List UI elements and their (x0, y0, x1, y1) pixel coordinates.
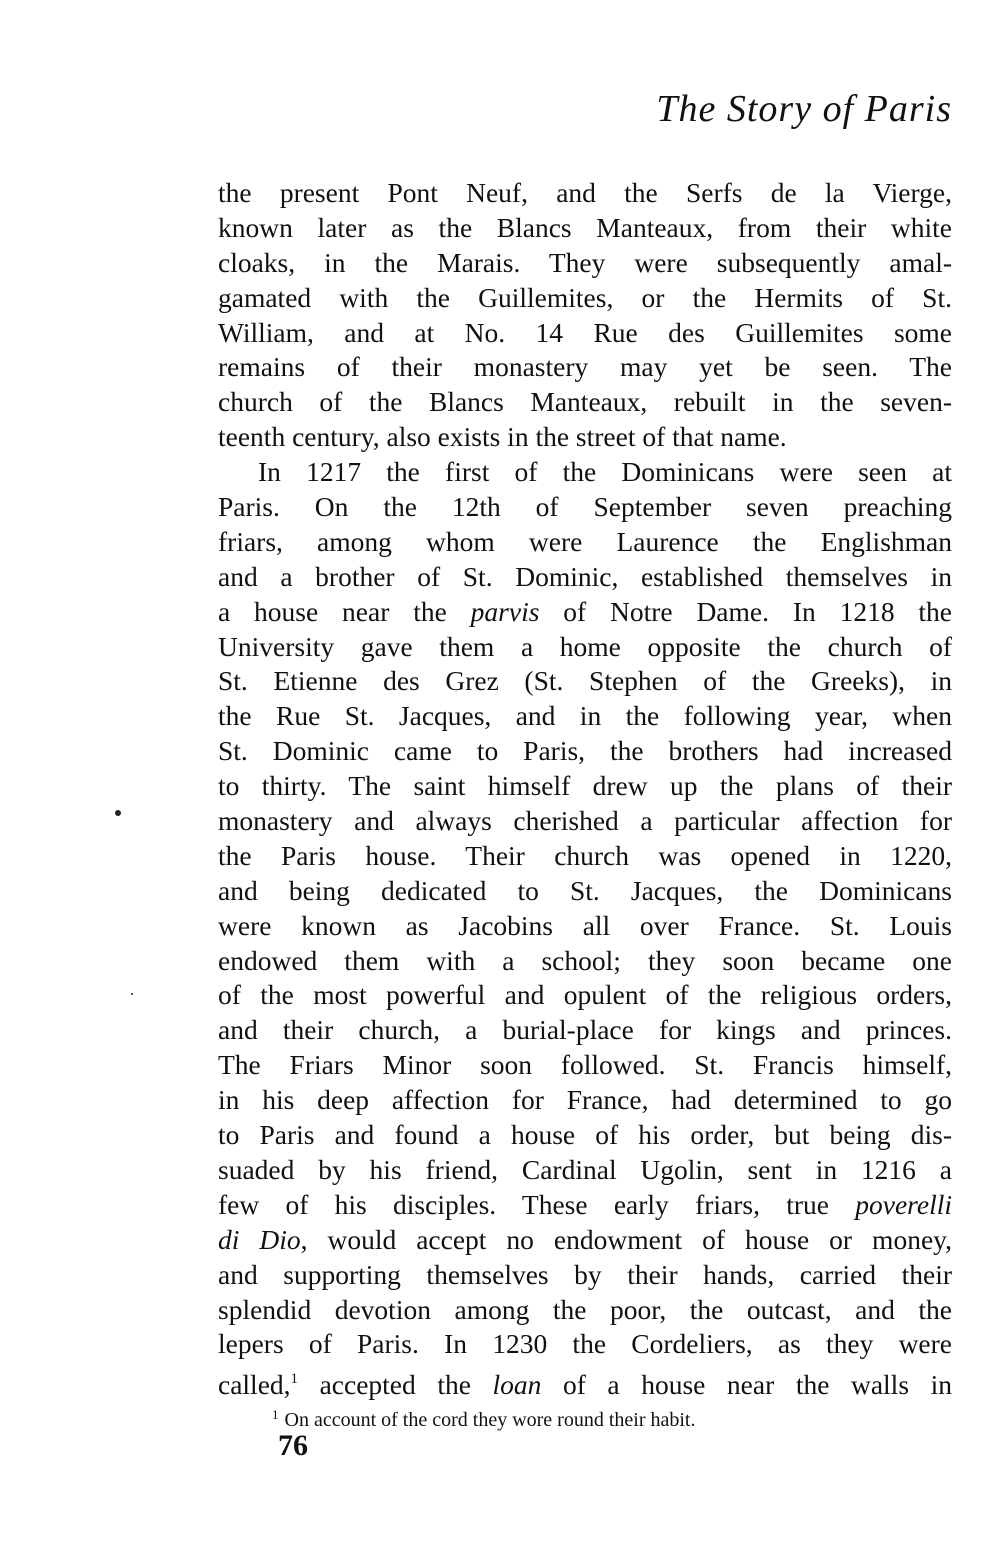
italic-term-loan: loan (493, 1369, 542, 1400)
text-line: of the most powerful and opulent of the … (218, 978, 952, 1013)
text-line: in his deep affection for France, had de… (218, 1083, 952, 1118)
text-line: called,1 accepted the loan of a house ne… (218, 1362, 952, 1397)
text-line: friars, among whom were Laurence the Eng… (218, 525, 952, 560)
text-line: lepers of Paris. In 1230 the Cordeliers,… (218, 1327, 952, 1362)
text-line: endowed them with a school; they soon be… (218, 944, 952, 979)
text-line: The Friars Minor soon followed. St. Fran… (218, 1048, 952, 1083)
text-run: called, (218, 1369, 291, 1400)
italic-term-di-dio: di Dio (218, 1224, 301, 1255)
text-line: and supporting themselves by their hands… (218, 1258, 952, 1293)
text-run: , would accept no endowment of house or … (301, 1224, 952, 1255)
text-run: accepted the (298, 1369, 492, 1400)
text-line: remains of their monastery may yet be se… (218, 350, 952, 385)
text-line: the Paris house. Their church was opened… (218, 839, 952, 874)
text-line: and a brother of St. Dominic, establishe… (218, 560, 952, 595)
text-line: splendid devotion among the poor, the ou… (218, 1293, 952, 1328)
text-line: suaded by his friend, Cardinal Ugolin, s… (218, 1153, 952, 1188)
text-line: cloaks, in the Marais. They were subsequ… (218, 246, 952, 281)
text-line: and their church, a burial-place for kin… (218, 1013, 952, 1048)
text-line: known later as the Blancs Manteaux, from… (218, 211, 952, 246)
text-line: di Dio, would accept no endowment of hou… (218, 1223, 952, 1258)
footnote-marker: 1 (272, 1407, 279, 1422)
book-page: The Story of Paris the present Pont Neuf… (0, 0, 1000, 1566)
text-line: monastery and always cherished a particu… (218, 804, 952, 839)
text-line: were known as Jacobins all over France. … (218, 909, 952, 944)
scan-speck (115, 810, 121, 816)
text-run: of a house near the walls in (541, 1369, 952, 1400)
text-line: gamated with the Guillemites, or the Her… (218, 281, 952, 316)
text-line: University gave them a home opposite the… (218, 630, 952, 665)
text-line: St. Etienne des Grez (St. Stephen of the… (218, 664, 952, 699)
text-run: of Notre Dame. In 1218 the (539, 596, 952, 627)
page-number: 76 (278, 1428, 308, 1464)
running-title: The Story of Paris (656, 86, 952, 132)
text-line: the present Pont Neuf, and the Serfs de … (218, 176, 952, 211)
footnote: 1On account of the cord they wore round … (272, 1402, 695, 1433)
text-line: to Paris and found a house of his order,… (218, 1118, 952, 1153)
text-line: the Rue St. Jacques, and in the followin… (218, 699, 952, 734)
text-line: a house near the parvis of Notre Dame. I… (218, 595, 952, 630)
text-line: few of his disciples. These early friars… (218, 1188, 952, 1223)
scan-speck (131, 993, 133, 995)
paragraph-first-line: In 1217 the first of the Dominicans were… (218, 455, 952, 490)
body-text: the present Pont Neuf, and the Serfs de … (218, 176, 952, 1397)
text-run: few of his disciples. These early friars… (218, 1189, 855, 1220)
text-line: St. Dominic came to Paris, the brothers … (218, 734, 952, 769)
footnote-reference: 1 (291, 1371, 299, 1387)
paragraph-last-line: teenth century, also exists in the stree… (218, 420, 952, 455)
text-line: Paris. On the 12th of September seven pr… (218, 490, 952, 525)
text-line: William, and at No. 14 Rue des Guillemit… (218, 316, 952, 351)
italic-term-poverelli: poverelli (855, 1189, 952, 1220)
italic-term-parvis: parvis (471, 596, 540, 627)
text-run: a house near the (218, 596, 471, 627)
text-line: to thirty. The saint himself drew up the… (218, 769, 952, 804)
text-line: church of the Blancs Manteaux, rebuilt i… (218, 385, 952, 420)
footnote-text: On account of the cord they wore round t… (285, 1409, 696, 1431)
text-line: and being dedicated to St. Jacques, the … (218, 874, 952, 909)
